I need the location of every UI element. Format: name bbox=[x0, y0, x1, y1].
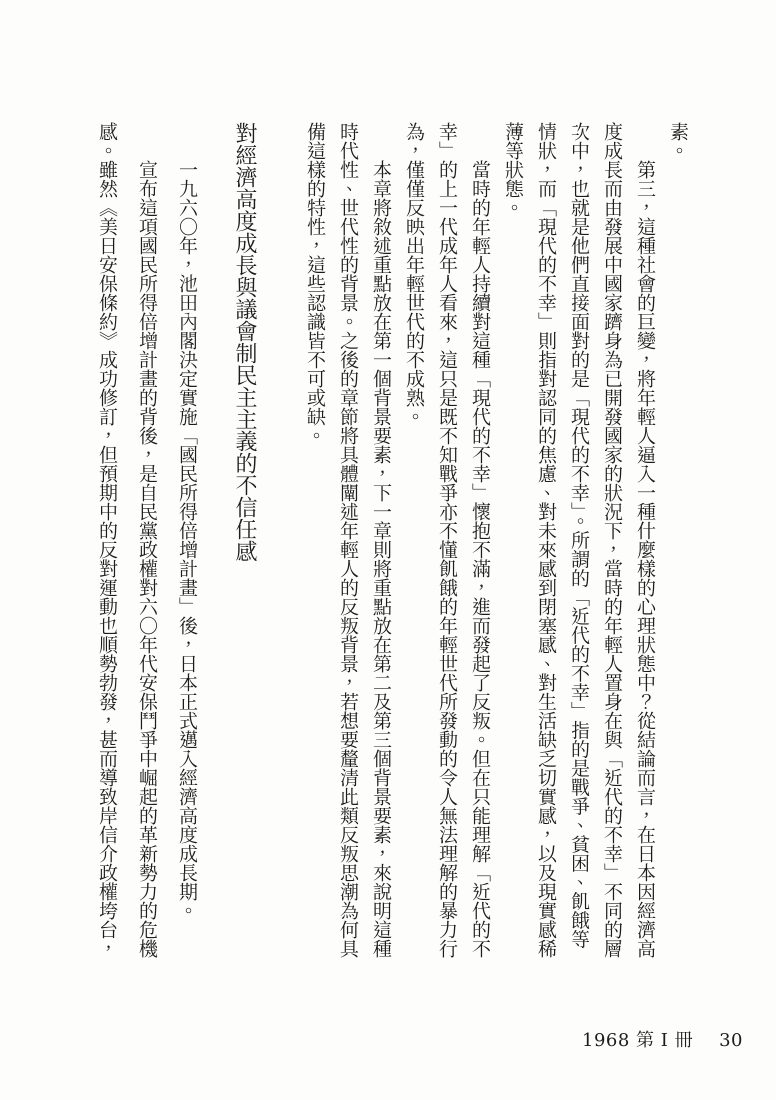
section-heading: 對經濟高度成長與議會制民主主義的不信任感 bbox=[227, 122, 261, 962]
paragraph-chapter-outline: 本章將敘述重點放在第一個背景要素，下一章則將重點放在第二及第三個背景要素，來說明… bbox=[298, 122, 397, 962]
running-footer: 1968 第 I 冊 30 bbox=[582, 1026, 743, 1052]
page-number: 30 bbox=[719, 1030, 743, 1051]
book-page: 素。 第三，這種社會的巨變，將年輕人逼入一種什麼樣的心理狀態中？從結論而言，在日… bbox=[0, 0, 776, 1100]
paragraph-continuation: 素。 bbox=[661, 122, 694, 962]
main-text-block: 素。 第三，這種社會的巨變，將年輕人逼入一種什麼樣的心理狀態中？從結論而言，在日… bbox=[87, 122, 694, 962]
paragraph-youth-rebellion: 當時的年輕人持續對這種「現代的不幸」懷抱不滿，進而發起了反叛。但在只能理解「近代… bbox=[397, 122, 496, 962]
paragraph-anpo-background: 宣布這項國民所得倍增計畫的背後，是自民黨政權對六〇年代安保鬥爭中崛起的革新勢力的… bbox=[87, 122, 167, 962]
paragraph-third-point: 第三，這種社會的巨變，將年輕人逼入一種什麼樣的心理狀態中？從結論而言，在日本因經… bbox=[496, 122, 661, 962]
paragraph-income-doubling-plan: 一九六〇年，池田內閣決定實施「國民所得倍增計畫」後，日本正式邁入經濟高度成長期。 bbox=[167, 122, 207, 962]
running-title: 1968 第 I 冊 bbox=[582, 1026, 693, 1052]
